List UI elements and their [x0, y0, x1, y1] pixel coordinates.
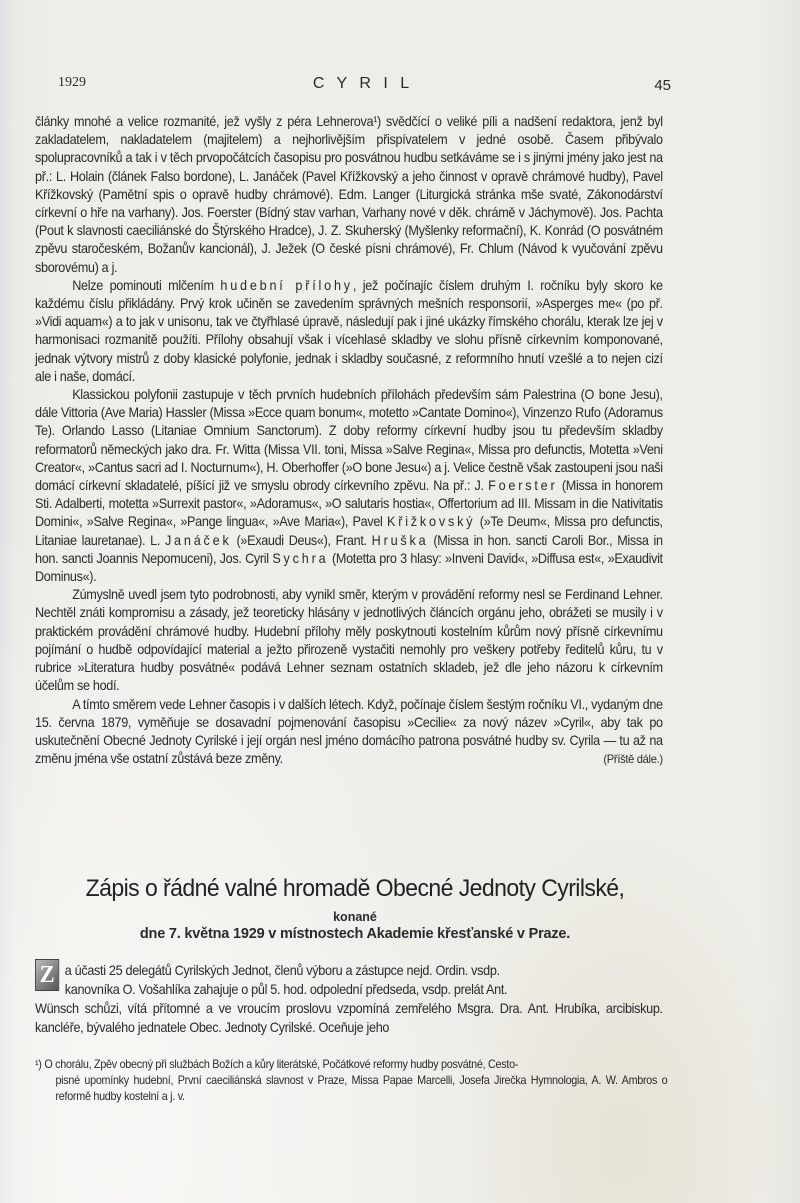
paragraph-4: Zúmyslně uvedl jsem tyto podrobnosti, ab… [35, 586, 663, 695]
section-subheading-date-place: dne 7. května 1929 v místnostech Akademi… [35, 926, 675, 942]
emphasis-composer-name: Hruška [372, 533, 429, 548]
footnote-line-1: O chorálu, Zpěv obecný při službách Boží… [44, 1058, 518, 1071]
continued-label: (Příště dále.) [566, 750, 663, 768]
minutes-body: Z a účasti 25 delegátů Cyrilských Jednot… [35, 961, 663, 1037]
paragraph-2-text: Nelze pominouti mlčením [72, 278, 220, 293]
paragraph-3: Klassickou polyfonii zastupuje v těch pr… [35, 386, 663, 586]
emphasis-composer-name: Sychra [272, 551, 328, 566]
footnote-marker: ¹) [35, 1058, 42, 1071]
paragraph-2: Nelze pominouti mlčením hudební přílohy,… [35, 277, 663, 386]
paragraph-1: články mnohé a velice rozmanité, jež vyš… [35, 113, 663, 277]
emphasis-composer-name: Janáček [165, 533, 232, 548]
minutes-line-2: kanovníka O. Vošahlíka zahajuje o půl 5.… [35, 980, 663, 999]
minutes-rest: Wünsch schůzi, vítá přítomné a ve vroucí… [35, 999, 663, 1037]
ornamental-drop-cap-icon: Z [35, 959, 59, 991]
footnote-continuation: pisné upomínky hudební, První caeciliáns… [35, 1073, 667, 1105]
emphasis-music-supplements: hudební přílohy [220, 278, 353, 293]
emphasis-composer-name: Foerster [488, 478, 557, 493]
section-subheading-konane: konané [35, 910, 675, 924]
journal-title: C Y R I L [58, 75, 668, 93]
paragraph-3-text: (»Exaudi Deus«), Frant. [232, 533, 372, 548]
document-page: 1929 C Y R I L 45 články mnohé a velice … [0, 0, 800, 1203]
section-heading: Zápis o řádné valné hromadě Obecné Jedno… [48, 875, 662, 903]
paragraph-2-text-after: , jež počínajíc číslem druhým I. ročníku… [35, 278, 663, 384]
footnote: ¹) O chorálu, Zpěv obecný při službách B… [35, 1057, 667, 1105]
emphasis-composer-name: Křižkovský [387, 514, 475, 529]
paragraph-5: A tímto směrem vede Lehner časopis i v d… [35, 696, 663, 769]
running-header: 1929 C Y R I L 45 [58, 75, 668, 99]
page-number: 45 [654, 77, 671, 94]
article-body: články mnohé a velice rozmanité, jež vyš… [35, 113, 663, 768]
minutes-line-1: a účasti 25 delegátů Cyrilských Jednot, … [35, 961, 663, 980]
